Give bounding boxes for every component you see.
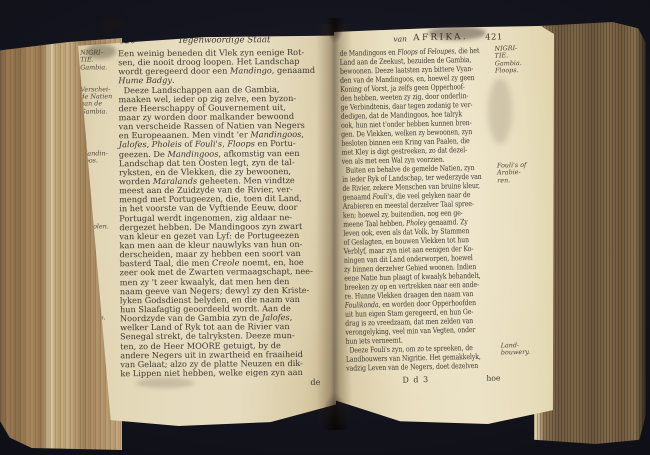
margin-note: Land- bouwery. — [501, 342, 545, 358]
left-body-text: Een weinig beneden dit Vlek zyn eenige R… — [118, 48, 336, 379]
right-page-header: van AFRIKA. 421 — [339, 31, 499, 46]
right-page-content: van AFRIKA. 421 NIGRI- TIE. Gambia. Floo… — [334, 22, 562, 425]
right-page-number: 421 — [485, 31, 503, 41]
right-page: van AFRIKA. 421 NIGRI- TIE. Gambia. Floo… — [334, 26, 554, 424]
left-catchword: de — [120, 377, 320, 388]
left-running-title: Tegenwoordige Staat — [118, 35, 330, 46]
margin-note: Fouli's of Arabie- ren. — [497, 162, 541, 185]
margin-note: Verschei- de Natien aan de Gambia. — [80, 86, 116, 116]
photo-background: 420 Tegenwoordige Staat NIGRI- TIE. Gamb… — [0, 0, 650, 455]
margin-note: NIGRI- TIE. Gambia. Floops. — [494, 45, 539, 76]
right-margin-notes: NIGRI- TIE. Gambia. Floops.Fouli's of Ar… — [494, 45, 538, 46]
left-page-content: 420 Tegenwoordige Staat NIGRI- TIE. Gamb… — [74, 33, 339, 427]
margin-note: NIGRI- TIE. Gambia. — [80, 49, 116, 71]
right-running-title: AFRIKA. — [413, 32, 468, 43]
right-catchword: hoe — [486, 374, 500, 383]
signature-mark: D d 3 — [402, 375, 429, 385]
right-page-footer: D d 3 hoe — [346, 373, 502, 386]
right-body-text: de Mandingoos en Floops of Feloupes, die… — [339, 46, 502, 373]
text-line: vadzig Leven van de Negers, doet dezelve… — [346, 361, 474, 373]
left-page: 420 Tegenwoordige Staat NIGRI- TIE. Gamb… — [74, 34, 336, 426]
right-running-title-prefix: van — [393, 34, 407, 43]
ink-smudge — [100, 16, 126, 34]
